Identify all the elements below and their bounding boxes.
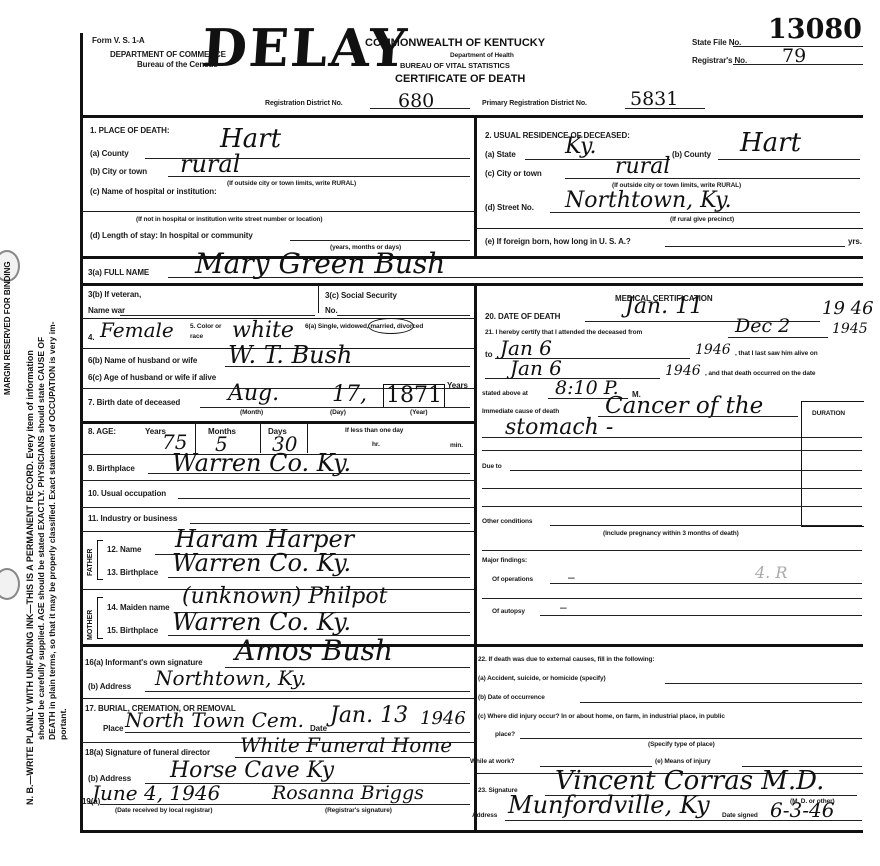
informant-address: Northtown, Ky. (155, 668, 306, 688)
due-to-label: Due to (482, 463, 502, 470)
res-street-label: (d) Street No. (485, 203, 534, 212)
registrar-caption: (Registrar's signature) (325, 807, 392, 814)
last-seen-year: 1946 (665, 364, 701, 378)
last-seen: Jan 6 (510, 358, 562, 378)
spouse-age-label: 6(c) Age of husband or wife if alive (88, 373, 216, 382)
pod-divider (82, 211, 474, 212)
father-tag: FATHER (85, 549, 96, 576)
due-line-b (482, 488, 862, 489)
operations-value: – (568, 570, 575, 584)
occurred-text: , and that death occurred on the date (705, 370, 815, 377)
pod-stay-label: (d) Length of stay: In hospital or commu… (90, 231, 253, 240)
mother-name-value: (unknown) Philpot (182, 586, 387, 608)
director-signature: White Funeral Home (240, 735, 452, 755)
mother-bracket (97, 597, 103, 639)
death-year-value: 19 46 (822, 300, 874, 318)
state-file-number: 13080 (768, 14, 862, 45)
informant-address-label: (b) Address (88, 682, 131, 691)
res-state-label: (a) State (485, 150, 516, 159)
form-bottom-border (80, 830, 863, 833)
other-note: (Include pregnancy within 3 months of de… (603, 530, 739, 537)
due-line-a (510, 470, 862, 471)
age-label: 8. AGE: (88, 427, 116, 436)
pod-stay-line (290, 240, 470, 241)
binding-hole-bottom (0, 568, 20, 600)
war-label: Name war (88, 306, 125, 315)
residence-heading: 2. USUAL RESIDENCE OF DECEASED: (485, 131, 630, 140)
birth-month-caption: (Month) (240, 409, 263, 416)
pod-county-value: Hart (220, 126, 281, 152)
res-foreign-unit: yrs. (848, 237, 862, 246)
mother-birthplace-label: 15. Birthplace (107, 626, 158, 635)
full-name-value: Mary Green Bush (195, 250, 445, 278)
place-note: (Specify type of place) (648, 741, 715, 748)
burial-date-label: Date (310, 724, 327, 733)
accident-label: (a) Accident, suicide, or homicide (spec… (478, 675, 606, 682)
director-address: Horse Cave Ky (170, 760, 334, 782)
operations-label: Of operations (492, 576, 533, 583)
res-street-note: (If rural give precinct) (670, 216, 734, 223)
last-seen-text: , that I last saw him alive on (735, 350, 818, 357)
due-line-c (482, 506, 862, 507)
registrar-signature: Rosanna Briggs (272, 784, 424, 803)
burial-year: 1946 (420, 710, 466, 728)
father-name-label: 12. Name (107, 545, 141, 554)
autopsy-divider (482, 598, 862, 599)
attend-from-line (728, 337, 828, 338)
informant-signature: Amos Bush (235, 637, 393, 665)
reg-district-label: Registration District No. (265, 100, 343, 107)
hr-label: hr. (372, 441, 380, 448)
physician-address: Munfordville, Ky (508, 793, 710, 817)
cause-line2: stomach - (505, 417, 613, 439)
cause-label: Immediate cause of death (482, 408, 559, 415)
form-number: Form V. S. 1-A (92, 36, 145, 45)
attend-from: Dec 2 (735, 317, 790, 336)
birth-year: 1871 (383, 384, 445, 407)
registrar-number: 79 (782, 47, 806, 66)
column-divider-lower (474, 283, 477, 831)
column-divider (474, 117, 477, 256)
birth-day-caption: (Day) (330, 409, 346, 416)
father-birthplace-line (168, 577, 470, 578)
major-findings-label: Major findings: (482, 557, 527, 564)
sex-value: Female (100, 320, 174, 340)
divider-occupation (82, 480, 474, 481)
sex-label: 4. (88, 333, 94, 342)
director-label: 18(a) Signature of funeral director (85, 748, 210, 757)
res-county-value: Hart (740, 130, 801, 156)
race-label: 5. Color or race (190, 322, 230, 342)
spouse-label: 6(b) Name of husband or wife (88, 356, 197, 365)
father-birthplace-label: 13. Birthplace (107, 568, 158, 577)
pod-county-label: (a) County (90, 149, 129, 158)
mother-name-label: 14. Maiden name (107, 603, 170, 612)
cause-line-a (598, 416, 798, 417)
birth-month: Aug. (228, 383, 279, 405)
res-street-value: Northtown, Ky. (565, 190, 732, 212)
accident-line (665, 683, 862, 684)
other-conditions-label: Other conditions (482, 518, 532, 525)
margin-instruction-1: N. B.—WRITE PLAINLY WITH UNFADING INK—TH… (25, 350, 36, 805)
reg-district-number: 680 (398, 92, 434, 111)
birthplace-value: Warren Co. Ky. (172, 451, 351, 475)
commonwealth-title: COMMONWEALTH OF KENTUCKY (365, 37, 545, 49)
res-foreign-label: (e) If foreign born, how long in U. S. A… (485, 237, 631, 246)
primary-district-label: Primary Registration District No. (482, 100, 587, 107)
occupation-label: 10. Usual occupation (88, 489, 166, 498)
informant-address-line (145, 691, 470, 692)
duration-label: DURATION (812, 410, 845, 417)
date-signed-label: Date signed (722, 812, 758, 819)
veteran-label: 3(b) If veteran, (88, 290, 141, 299)
means-label: (e) Means of injury (655, 758, 711, 765)
res-county-label: (b) County (672, 150, 711, 159)
cause-line-c (482, 450, 862, 451)
faint-mark: 4. R (755, 565, 787, 581)
place-of-death-heading: 1. PLACE OF DEATH: (90, 126, 169, 135)
birth-year-caption: (Year) (410, 409, 427, 416)
res-divider (476, 228, 863, 229)
registrar-line (100, 804, 470, 805)
birth-label: 7. Birth date of deceased (88, 398, 180, 407)
other-line (550, 525, 862, 526)
res-city-label: (c) City or town (485, 169, 542, 178)
father-name-value: Haram Harper (175, 527, 354, 551)
operations-line (550, 583, 862, 584)
mother-birthplace-value: Warren Co. Ky. (172, 610, 351, 634)
date-signed: 6-3-46 (770, 800, 834, 820)
received-date: June 4, 1946 (92, 783, 220, 803)
place-line (520, 738, 862, 739)
work-label: While at work? (470, 758, 514, 765)
divider-burial (82, 698, 474, 699)
birth-day: 17, (332, 384, 367, 406)
less-day-label: If less than one day (345, 427, 403, 434)
min-label: min. (450, 442, 463, 449)
duration-box (801, 401, 864, 527)
where-label: (c) Where did injury occur? In or about … (478, 713, 725, 720)
pod-hospital-note: (If not in hospital or institution write… (136, 216, 323, 223)
received-caption: (Date received by local registrar) (115, 807, 212, 814)
attend-from-year: 1945 (832, 322, 868, 336)
dept-health: Department of Health (450, 52, 514, 59)
attend-to: Jan 6 (500, 338, 552, 358)
pod-city-label: (b) City or town (90, 167, 147, 176)
pod-city-value: rural (180, 152, 240, 176)
margin-instruction-3: DEATH in plain terms, so that it may be … (47, 322, 58, 741)
birthplace-label: 9. Birthplace (88, 464, 135, 473)
father-bracket (97, 540, 103, 580)
mother-tag: MOTHER (85, 610, 96, 640)
father-birthplace-value: Warren Co. Ky. (172, 551, 351, 575)
marital-circle (368, 318, 414, 334)
attend-to-label: to (485, 350, 492, 359)
autopsy-value: – (560, 600, 567, 614)
occupation-line (178, 498, 470, 499)
res-foreign-line (665, 246, 845, 247)
cause-line1: Cancer of the (605, 395, 763, 418)
section-rule-informant (80, 644, 863, 647)
divider-industry (82, 507, 474, 508)
primary-district-number: 5831 (630, 90, 678, 109)
occurrence-line (580, 702, 862, 703)
industry-label: 11. Industry or business (88, 514, 177, 523)
form-left-border (80, 33, 83, 833)
occurrence-label: (b) Date of occurrence (478, 694, 545, 701)
attend-label: 21. I hereby certify that I attended the… (485, 329, 642, 336)
pod-city-note: (If outside city or town limits, write R… (227, 180, 356, 187)
res-county-line (718, 159, 860, 160)
burial-place: North Town Cem. (125, 710, 304, 730)
industry-line (190, 523, 470, 524)
res-city-value: rural (615, 156, 670, 178)
place-label: place? (495, 731, 515, 738)
bureau-vital-stats: BUREAU OF VITAL STATISTICS (400, 61, 510, 70)
pod-hospital-label: (c) Name of hospital or institution: (90, 187, 217, 196)
attend-to-year: 1946 (695, 343, 731, 357)
stated-label: stated above at (482, 390, 528, 397)
autopsy-label: Of autopsy (492, 608, 525, 615)
ss-line (337, 315, 470, 316)
res-state-value: Ky. (565, 136, 597, 158)
res-city-line (565, 178, 860, 179)
race-value: white (232, 320, 294, 342)
autopsy-line (540, 615, 862, 616)
major-divider (482, 550, 862, 551)
ss-label: 3(c) Social Security (325, 291, 397, 300)
ss-no-label: No. (325, 306, 338, 315)
death-date-value: Jan. 11 (625, 296, 703, 318)
war-line (120, 315, 315, 316)
margin-instruction-2: should be carefully supplied. AGE should… (36, 337, 47, 740)
section-rule-veteran (80, 283, 863, 286)
spouse-value: W. T. Bush (228, 343, 352, 367)
physician-address-label: Address (472, 812, 497, 819)
burial-place-label: Place (103, 724, 123, 733)
death-date-label: 20. DATE OF DEATH (485, 312, 560, 321)
certificate-title: CERTIFICATE OF DEATH (395, 73, 525, 85)
divider-age (80, 421, 474, 424)
full-name-label: 3(a) FULL NAME (88, 268, 149, 277)
margin-instruction-4: portant. (58, 708, 69, 740)
external-heading: 22. If death was due to external causes,… (478, 656, 654, 663)
margin-binding-note: MARGIN RESERVED FOR BINDING (2, 261, 13, 395)
veteran-ss-divider (318, 285, 319, 313)
burial-date: Jan. 13 (330, 705, 408, 727)
header-bottom-rule (80, 115, 863, 118)
